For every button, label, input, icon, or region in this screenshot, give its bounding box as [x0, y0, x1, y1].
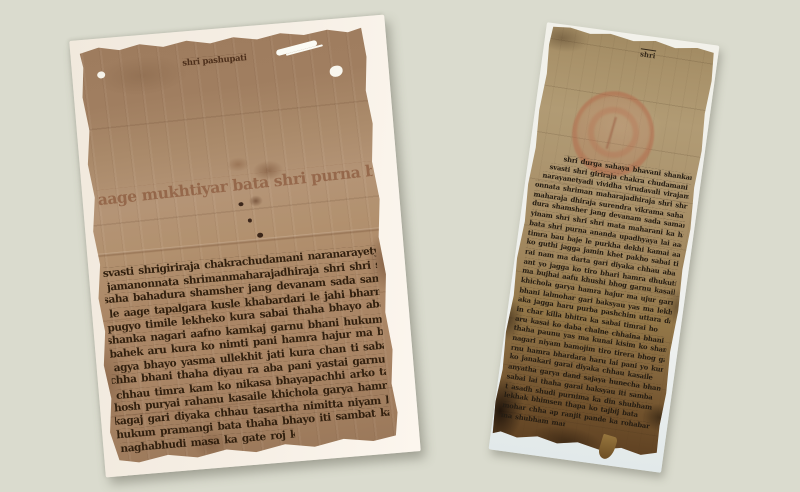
ink-blot [257, 232, 263, 237]
left-manuscript-faded-line: aage mukhtiyar bata shri purna bha ri aa… [97, 161, 373, 209]
left-manuscript-header-inscription: shri pashupati [182, 53, 247, 68]
ink-blot [238, 202, 243, 206]
paper-hole [97, 71, 106, 79]
left-manuscript-backing: shri pashupati aage mukhtiyar bata shri … [69, 15, 421, 478]
right-scroll-paper: shri shri durga sahaya bhavani shankaras… [490, 24, 718, 459]
right-scroll-text-block: shri durga sahaya bhavani shankarasvasti… [500, 152, 692, 443]
left-manuscript-paper: shri pashupati aage mukhtiyar bata shri … [75, 23, 403, 466]
left-manuscript-text-block: svasti shrigiriraja chakrachudamani nara… [102, 245, 392, 465]
paper-tear [276, 40, 318, 57]
manuscripts-photo: shri pashupati aage mukhtiyar bata shri … [0, 0, 800, 492]
paper-tear [329, 65, 343, 77]
right-manuscript-backing: shri shri durga sahaya bhavani shankaras… [489, 22, 720, 473]
ink-blot [248, 218, 252, 222]
right-scroll-top-inscription: shri [639, 49, 656, 60]
